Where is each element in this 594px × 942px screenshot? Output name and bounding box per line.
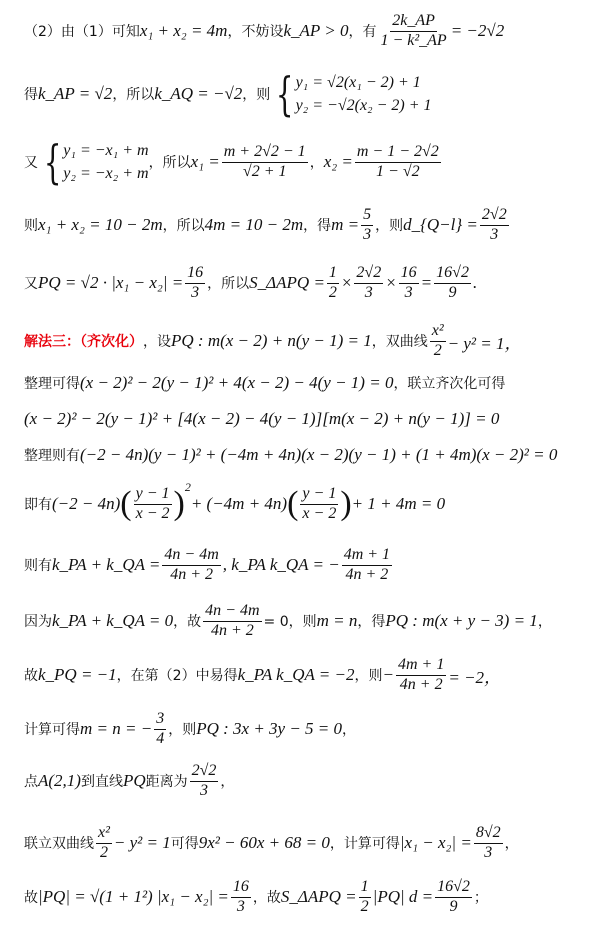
text: 又 [24,152,38,172]
paren-right: ) [340,487,351,521]
formula: k_AP = √2 [38,84,112,104]
formula: |x₁ − x₂| = [400,833,472,853]
formula: S_ΔAPQ = [281,887,357,907]
text: ， [220,771,234,791]
brace-icon: { [44,139,62,185]
text: ，故 [173,611,201,631]
text: ，则 [355,665,383,685]
exponent: 2 [185,480,191,495]
paren-left: ( [120,487,131,521]
formula: PQ : 3x + 3y − 5 = 0 [196,719,342,739]
text: 联立双曲线 [24,833,94,853]
fraction: x²2 [96,824,112,862]
paren-left: ( [287,487,298,521]
text: 因为 [24,611,52,631]
text: ，则 [375,215,403,235]
formula: S_ΔAPQ = [249,273,325,293]
formula: = −2， [448,663,501,688]
text: 故 [24,887,38,907]
fraction: 34 [154,710,166,748]
line-15: 点 A(2,1) 到直线 PQ 距离为 2√23 ， [24,756,234,806]
equation-system: { y₁ = √2(x₁ − 2) + 1y₂ = −√2(x₂ − 2) + … [270,71,431,117]
text: ，联立齐次化可得 [393,373,505,393]
fraction: 16√29 [434,264,471,302]
formula: k_AP > 0 [283,21,348,41]
formula: x₁ + x₂ = 4m [140,21,228,41]
formula: (x − 2)² − 2(y − 1)² + [4(x − 2) − 4(y −… [24,409,499,429]
fraction: m − 1 − 2√21 − √2 [355,143,441,181]
formula: x₁ = [191,152,220,172]
text: = 0，则 [264,611,317,631]
formula: PQ = √2 · |x₁ − x₂| = [38,273,183,293]
text: ； [474,887,488,907]
text: 整理可得 [24,373,80,393]
fraction: 4m + 14n + 2 [396,656,446,694]
formula: + 1 + 4m = 0 [352,494,445,514]
formula: − [383,665,394,685]
line-14: 计算可得 m = n = − 34 ，则 PQ : 3x + 3y − 5 = … [24,704,356,754]
formula: = −2√2 [451,21,505,41]
text: 点 [24,771,38,791]
text: 得 [24,84,38,104]
formula: PQ : m(x − 2) + n(y − 1) = 1 [171,331,372,351]
formula: |PQ| = √(1 + 1²) |x₁ − x₂| = [38,887,229,907]
formula: 9x² − 60x + 68 = 0 [199,833,330,853]
times-sign: × [385,273,396,293]
line-4: 则 x₁ + x₂ = 10 − 2m ，所以 4m = 10 − 2m ，得 … [24,200,511,250]
formula: |PQ| d = [373,887,433,907]
line-10: 即有 (−2 − 4n) ( y − 1x − 2 ) 2 + (−4m + 4… [24,478,445,530]
line-6: 解法三：（齐次化） ，设 PQ : m(x − 2) + n(y − 1) = … [24,316,521,366]
text: ，计算可得 [330,833,400,853]
text: ，所以 [112,84,154,104]
text: 又 [24,273,38,293]
formula: . [473,273,477,293]
text: ， [342,719,356,739]
formula: (x − 2)² − 2(y − 1)² + 4(x − 2) − 4(y − … [80,373,393,393]
line-12: 因为 k_PA + k_QA = 0 ，故 4n − 4m4n + 2 = 0，… [24,596,552,646]
formula: m = n = − [80,719,152,739]
text: 到直线 [81,771,123,791]
formula: m = n [317,611,358,631]
text: ，故 [253,887,281,907]
line-13: 故 k_PQ = −1 ，在第（2）中易得 k_PA k_QA = −2 ，则 … [24,650,501,700]
text: ，不妨设 [227,21,283,41]
text: ，双曲线 [372,331,428,351]
line-17: 故 |PQ| = √(1 + 1²) |x₁ − x₂| = 163 ，故 S_… [24,872,488,922]
text: ，得 [357,611,385,631]
fraction: y − 1x − 2 [300,485,338,523]
formula: m = [331,215,359,235]
fraction: 53 [361,206,373,244]
text: 则有 [24,555,52,575]
text: 计算可得 [24,719,80,739]
fraction: 12 [359,878,371,916]
fraction: 2√23 [190,762,219,800]
formula: − y² = 1 [114,833,171,853]
fraction: y − 1x − 2 [134,485,172,523]
formula: , k_PA k_QA = − [223,555,340,575]
fraction: x²2 [430,322,446,360]
fraction: 2√23 [480,206,509,244]
fraction: 8√23 [474,824,503,862]
text: 即有 [24,494,52,514]
text: ，则 [242,84,270,104]
text: ， [505,833,519,853]
formula: A(2,1) [38,771,81,791]
fraction: 163 [185,264,205,302]
line-16: 联立双曲线 x²2 − y² = 1 可得 9x² − 60x + 68 = 0… [24,818,519,868]
fraction: m + 2√2 − 1√2 + 1 [222,143,308,181]
formula: k_PA + k_QA = [52,555,160,575]
text: ，所以 [207,273,249,293]
formula: − y² = 1， [448,329,522,354]
text: ，所以 [149,152,191,172]
formula: k_PA + k_QA = 0 [52,611,173,631]
text: 则 [24,215,38,235]
fraction: 2k_AP1 − k²_AP [378,12,448,50]
formula: x₂ = [324,152,353,172]
formula: k_PA k_QA = −2 [238,665,355,685]
text: ，有 [348,21,376,41]
equation-system: { y₁ = −x₁ + my₂ = −x₂ + m [38,139,149,185]
times-sign: × [341,273,352,293]
text: ， [310,152,324,172]
fraction: 4n − 4m4n + 2 [203,602,261,640]
line-11: 则有 k_PA + k_QA = 4n − 4m4n + 2 , k_PA k_… [24,540,394,590]
formula: PQ [123,771,146,791]
formula: = [421,273,432,293]
text: 故 [24,665,38,685]
text: ，所以 [163,215,205,235]
formula: PQ : m(x + y − 3) = 1 [385,611,537,631]
brace-icon: { [276,71,294,117]
formula: 4m = 10 − 2m [205,215,304,235]
text: ，在第（2）中易得 [117,665,238,685]
method-heading: 解法三：（齐次化） [24,331,143,351]
line-3: 又 { y₁ = −x₁ + my₂ = −x₂ + m ，所以 x₁ = m … [24,134,443,190]
line-1: （2）由（1）可知 x₁ + x₂ = 4m ，不妨设 k_AP > 0 ，有 … [24,8,504,54]
line-9: 整理则有 (−2 − 4n)(y − 1)² + (−4m + 4n)(x − … [24,438,557,472]
fraction: 163 [399,264,419,302]
formula: d_{Q−l} = [403,215,478,235]
formula: + (−4m + 4n) [191,494,287,514]
formula: (−2 − 4n)(y − 1)² + (−4m + 4n)(x − 2)(y … [80,445,557,465]
fraction: 16√29 [435,878,472,916]
text: ，则 [168,719,196,739]
text: ，得 [303,215,331,235]
formula: k_AQ = −√2 [154,84,242,104]
line-8: (x − 2)² − 2(y − 1)² + [4(x − 2) − 4(y −… [24,402,499,436]
line-2: 得 k_AP = √2 ，所以 k_AQ = −√2 ，则 { y₁ = √2(… [24,66,432,122]
fraction: 2√23 [354,264,383,302]
text: 距离为 [146,771,188,791]
formula: (−2 − 4n) [52,494,120,514]
text: ，设 [143,331,171,351]
fraction: 12 [327,264,339,302]
text: 整理则有 [24,445,80,465]
fraction: 4n − 4m4n + 2 [162,546,220,584]
paren-right: ) [174,487,185,521]
line-7: 整理可得 (x − 2)² − 2(y − 1)² + 4(x − 2) − 4… [24,366,505,400]
text: ， [538,611,552,631]
text: 可得 [171,833,199,853]
text: （2）由（1）可知 [24,21,140,41]
fraction: 4m + 14n + 2 [342,546,392,584]
formula: k_PQ = −1 [38,665,117,685]
fraction: 163 [231,878,251,916]
line-5: 又 PQ = √2 · |x₁ − x₂| = 163 ，所以 S_ΔAPQ =… [24,258,477,308]
formula: x₁ + x₂ = 10 − 2m [38,215,163,235]
